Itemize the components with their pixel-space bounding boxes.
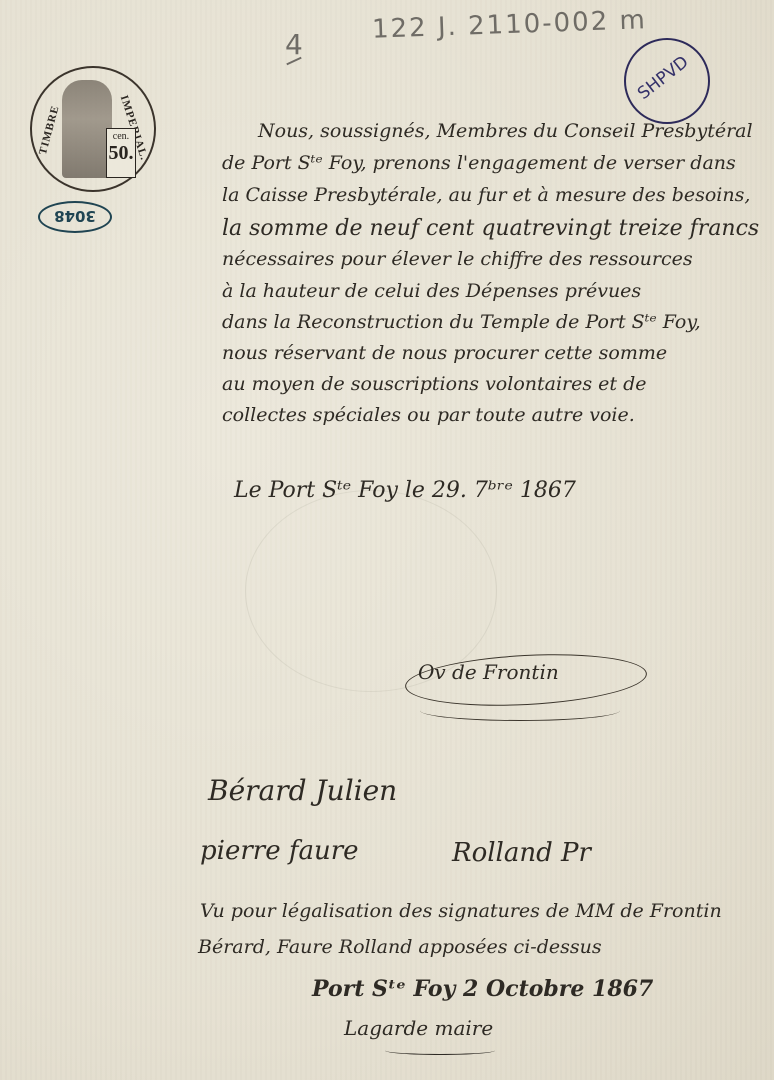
seal-text-timbre: TIMBRE: [37, 104, 62, 156]
archive-stamp-text: SHPVD: [634, 52, 692, 104]
legalization-date: Port Sᵗᵉ Foy 2 Octobre 1867: [312, 976, 653, 1002]
imperial-tax-stamp: TIMBRE IMPERIAL. cen. 50.: [30, 66, 156, 192]
signature-flourish: [420, 700, 620, 721]
body-line-5: nécessaires pour élever le chiffre des r…: [222, 248, 693, 270]
signature-faure: pierre faure: [200, 836, 359, 866]
body-line-10: collectes spéciales ou par toute autre v…: [222, 404, 635, 426]
body-line-8: nous réservant de nous procurer cette so…: [222, 342, 667, 364]
oval-number-stamp: 3048: [38, 201, 112, 233]
legalization-line-1: Vu pour légalisation des signatures de M…: [200, 900, 722, 922]
justice-figure-icon: [62, 80, 112, 178]
signature-berard: Bérard Julien: [208, 774, 397, 807]
body-line-7: dans la Reconstruction du Temple de Port…: [222, 311, 701, 333]
date-line: Le Port Sᵗᵉ Foy le 29. 7ᵇʳᵉ 1867: [234, 478, 576, 503]
archive-reference: 122 J. 2110-002 m: [372, 5, 648, 45]
mayor-signature-flourish: [385, 1046, 495, 1055]
archive-circle-stamp: SHPVD: [624, 38, 710, 124]
seal-denomination: cen. 50.: [106, 128, 136, 178]
body-line-2: de Port Sᵗᵉ Foy, prenons l'engagement de…: [222, 152, 736, 174]
seal-denomination-value: 50.: [107, 142, 135, 164]
signature-rolland: Rolland Pr: [452, 838, 591, 868]
body-line-9: au moyen de souscriptions volontaires et…: [222, 373, 647, 395]
mayor-signature: Lagarde maire: [344, 1016, 493, 1040]
folio-number: 4: [285, 28, 305, 61]
body-line-3: la Caisse Presbytérale, au fur et à mesu…: [222, 184, 750, 206]
legalization-line-2: Bérard, Faure Rolland apposées ci-dessus: [198, 936, 602, 958]
document-page: 122 J. 2110-002 m 4 TIMBRE IMPERIAL. cen…: [0, 0, 774, 1080]
body-line-6: à la hauteur de celui des Dépenses prévu…: [222, 280, 641, 302]
seal-denomination-unit: cen.: [107, 131, 135, 142]
body-line-4: la somme de neuf cent quatrevingt treize…: [222, 216, 759, 241]
signature-de-frontin: Ov de Frontin: [418, 660, 559, 684]
body-line-1: Nous, soussignés, Membres du Conseil Pre…: [258, 120, 753, 142]
